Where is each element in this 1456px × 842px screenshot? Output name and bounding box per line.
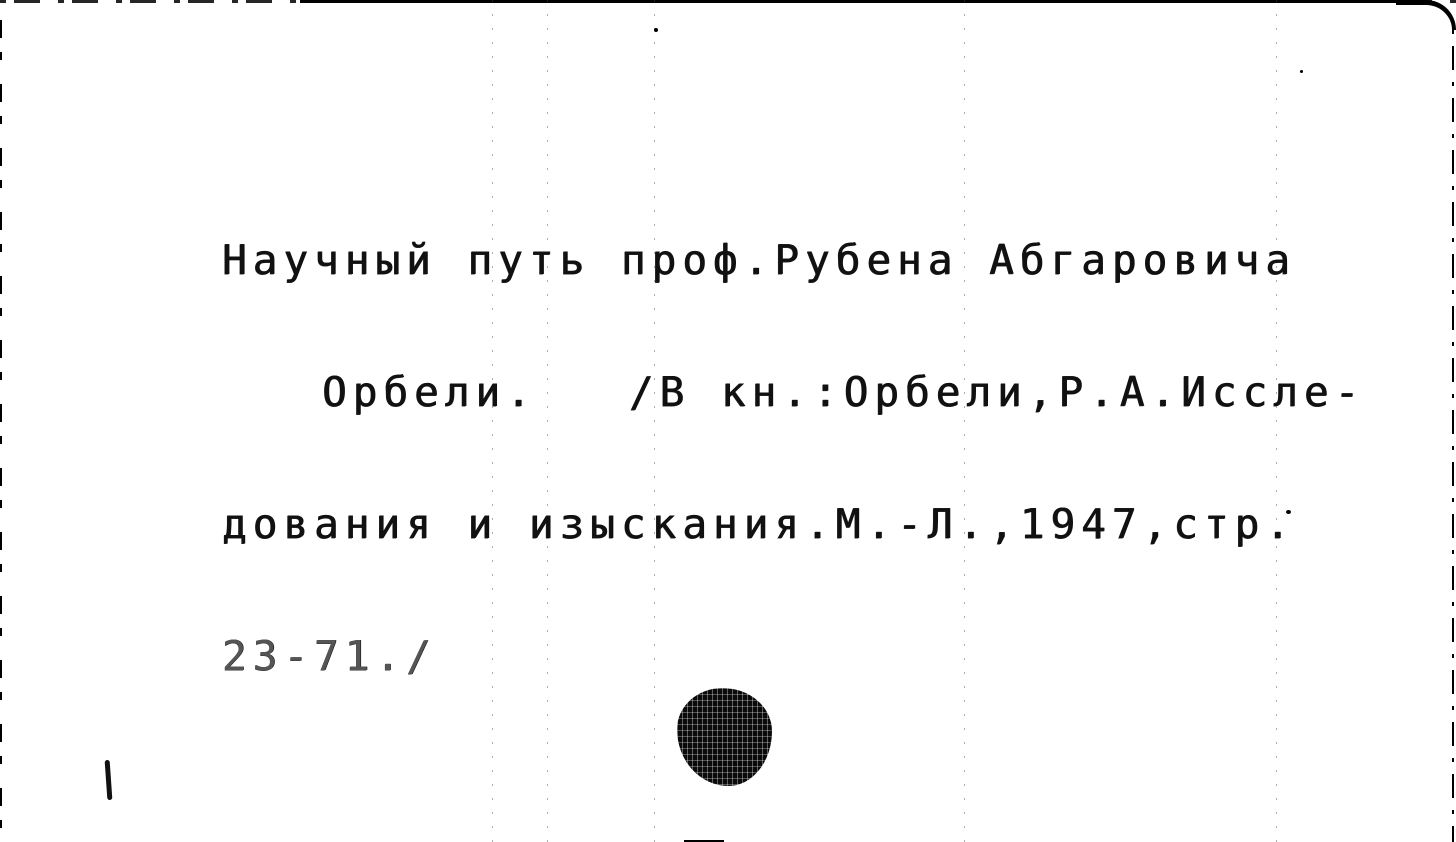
scan-speck: [1286, 510, 1291, 514]
entry-line-publication: дования и изыскания.М.-Л.,1947,стр.: [222, 502, 1456, 546]
catalog-entry-text: Научный путь проф.Рубена Абгаровича Орбе…: [222, 150, 1456, 766]
scan-speck: [1300, 70, 1303, 73]
entry-line-pages: 23-71./: [222, 634, 1456, 678]
card-left-edge: [0, 20, 2, 840]
card-corner-curl: [1396, 0, 1456, 30]
catalog-card: Научный путь проф.Рубена Абгаровича Орбе…: [0, 0, 1456, 842]
pencil-mark: [105, 760, 113, 800]
punch-hole: [677, 688, 772, 786]
card-top-edge-shadow: [300, 0, 1400, 3]
scan-speck: [654, 28, 658, 32]
entry-line-title: Научный путь проф.Рубена Абгаровича: [222, 238, 1456, 282]
entry-line-source: Орбели. /В кн.:Орбели,Р.А.Иссле-: [222, 370, 1456, 414]
